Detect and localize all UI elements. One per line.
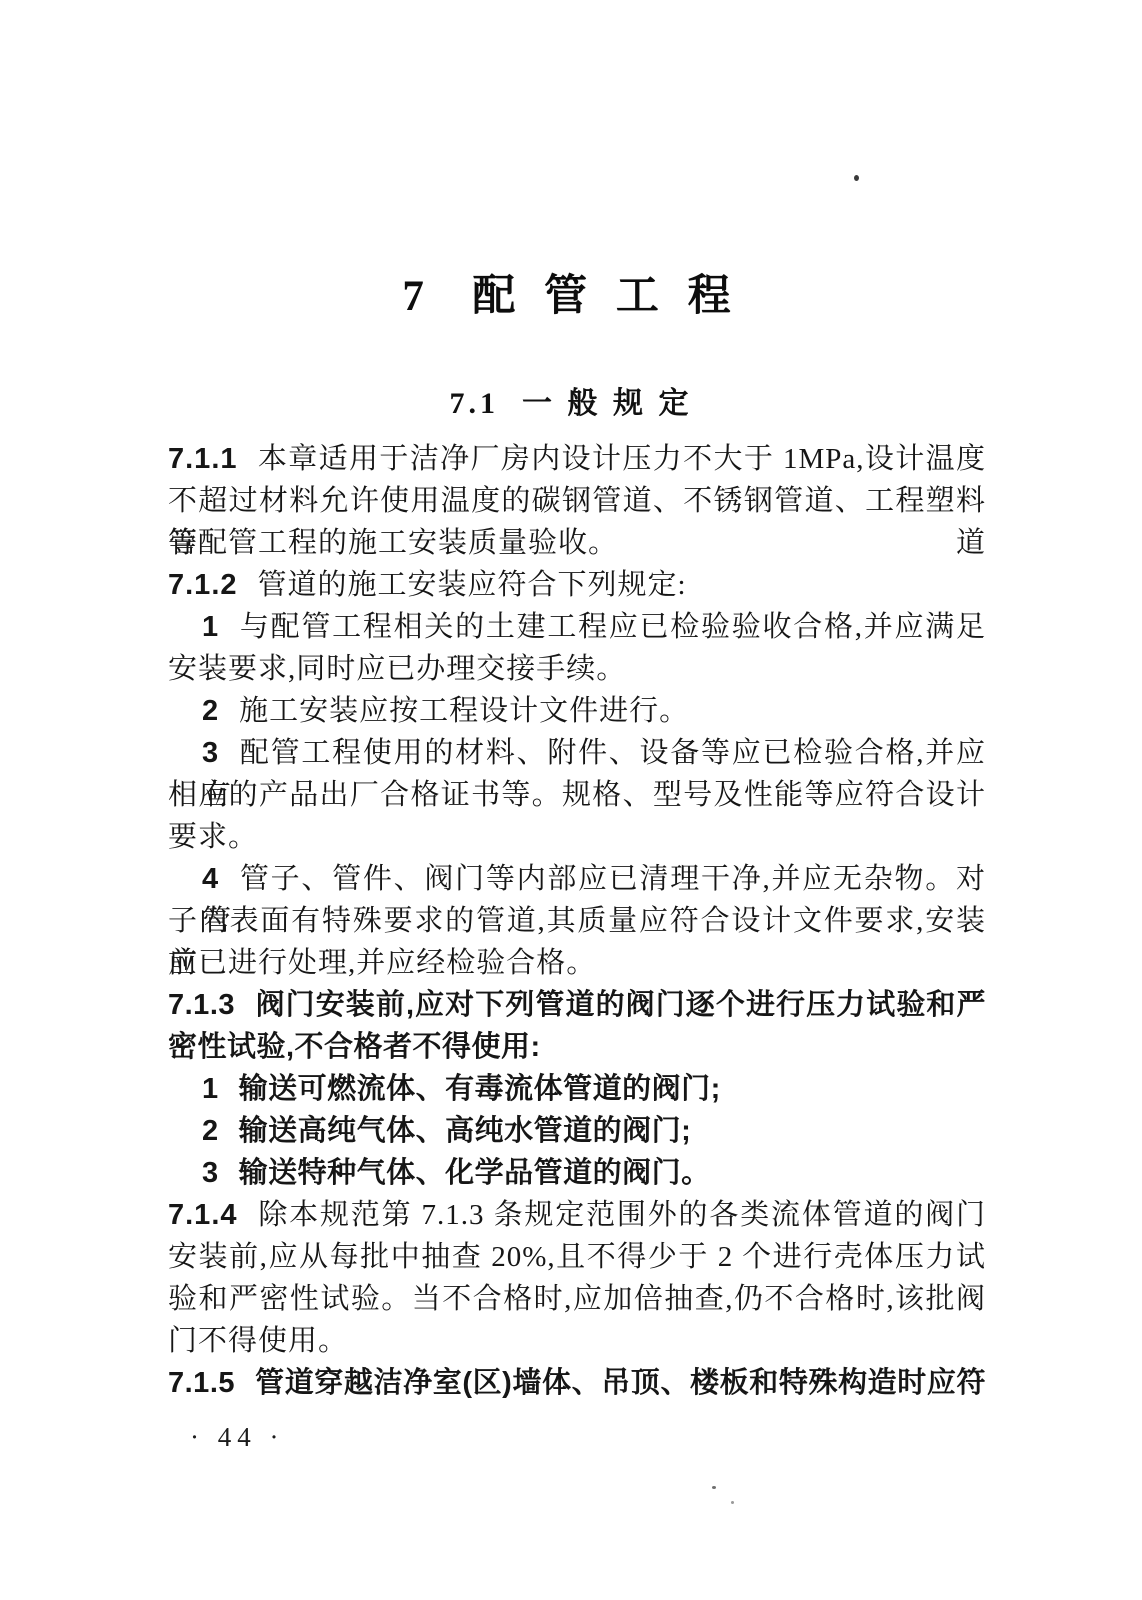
text-line: 2输送高纯气体、高纯水管道的阀门; — [168, 1110, 986, 1152]
line-text: 验和严密性试验。当不合格时,应加倍抽查,仍不合格时,该批阀 — [168, 1283, 986, 1315]
text-line: 7.1.1本章适用于洁净厂房内设计压力不大于 1MPa,设计温度 — [168, 438, 986, 480]
clause-number: 7.1.4 — [168, 1199, 238, 1231]
clause-number: 2 — [202, 1115, 219, 1147]
text-line: 子内表面有特殊要求的管道,其质量应符合设计文件要求,安装前 — [168, 900, 986, 942]
document-page: 7 配 管 工 程 7.1 一 般 规 定 7.1.1本章适用于洁净厂房内设计压… — [0, 0, 1142, 1600]
text-line: 7.1.3阀门安装前,应对下列管道的阀门逐个进行压力试验和严 — [168, 984, 986, 1026]
page-number: · 44 · — [190, 1422, 284, 1453]
line-text: 安装前,应从每批中抽查 20%,且不得少于 2 个进行壳体压力试 — [168, 1241, 986, 1273]
clause-number: 3 — [202, 737, 219, 769]
line-text: 施工安装应按工程设计文件进行。 — [239, 695, 689, 727]
text-line: 4管子、管件、阀门等内部应已清理干净,并应无杂物。对管 — [168, 858, 986, 900]
line-text: 等配管工程的施工安装质量验收。 — [168, 527, 618, 559]
clause-number: 4 — [202, 863, 219, 895]
line-text: 应已进行处理,并应经检验合格。 — [168, 947, 596, 979]
clause-number: 1 — [202, 1073, 219, 1105]
text-line: 安装前,应从每批中抽查 20%,且不得少于 2 个进行壳体压力试 — [168, 1236, 986, 1278]
clause-number: 3 — [202, 1157, 219, 1189]
scan-speck — [731, 1501, 734, 1504]
clause-number: 7.1.3 — [168, 989, 235, 1021]
clause-number: 1 — [202, 611, 219, 643]
text-line: 相应的产品出厂合格证书等。规格、型号及性能等应符合设计 — [168, 774, 986, 816]
line-text: 输送高纯气体、高纯水管道的阀门; — [239, 1115, 692, 1147]
section-title: 7.1 一 般 规 定 — [0, 378, 1142, 422]
line-text: 除本规范第 7.1.3 条规定范围外的各类流体管道的阀门 — [258, 1199, 987, 1231]
line-text: 管道的施工安装应符合下列规定: — [258, 569, 687, 601]
line-text: 密性试验,不合格者不得使用: — [168, 1031, 541, 1063]
line-text: 输送特种气体、化学品管道的阀门。 — [239, 1157, 711, 1189]
clause-number: 7.1.5 — [168, 1367, 235, 1399]
text-line: 7.1.4除本规范第 7.1.3 条规定范围外的各类流体管道的阀门 — [168, 1194, 986, 1236]
line-text: 安装要求,同时应已办理交接手续。 — [168, 653, 626, 685]
text-line: 3配管工程使用的材料、附件、设备等应已检验合格,并应有 — [168, 732, 986, 774]
text-line: 7.1.5管道穿越洁净室(区)墙体、吊顶、楼板和特殊构造时应符 — [168, 1362, 986, 1404]
line-text: 阀门安装前,应对下列管道的阀门逐个进行压力试验和严 — [255, 989, 986, 1021]
text-line: 门不得使用。 — [168, 1320, 986, 1362]
document-body: 7.1.1本章适用于洁净厂房内设计压力不大于 1MPa,设计温度不超过材料允许使… — [168, 438, 986, 1404]
scan-speck — [854, 175, 859, 181]
text-line: 不超过材料允许使用温度的碳钢管道、不锈钢管道、工程塑料管道 — [168, 480, 986, 522]
chapter-title: 7 配 管 工 程 — [0, 262, 1142, 323]
line-text: 管道穿越洁净室(区)墙体、吊顶、楼板和特殊构造时应符 — [255, 1367, 986, 1399]
line-text: 要求。 — [168, 821, 258, 853]
line-text: 本章适用于洁净厂房内设计压力不大于 1MPa,设计温度 — [258, 443, 987, 475]
clause-number: 2 — [202, 695, 219, 727]
clause-number: 7.1.2 — [168, 569, 238, 601]
text-line: 1输送可燃流体、有毒流体管道的阀门; — [168, 1068, 986, 1110]
text-line: 2施工安装应按工程设计文件进行。 — [168, 690, 986, 732]
scan-speck — [712, 1486, 716, 1489]
text-line: 1与配管工程相关的土建工程应已检验验收合格,并应满足 — [168, 606, 986, 648]
text-line: 应已进行处理,并应经检验合格。 — [168, 942, 986, 984]
text-line: 7.1.2管道的施工安装应符合下列规定: — [168, 564, 986, 606]
line-text: 相应的产品出厂合格证书等。规格、型号及性能等应符合设计 — [168, 779, 986, 811]
line-text: 与配管工程相关的土建工程应已检验验收合格,并应满足 — [239, 611, 986, 643]
text-line: 安装要求,同时应已办理交接手续。 — [168, 648, 986, 690]
text-line: 密性试验,不合格者不得使用: — [168, 1026, 986, 1068]
line-text: 输送可燃流体、有毒流体管道的阀门; — [239, 1073, 721, 1105]
text-line: 验和严密性试验。当不合格时,应加倍抽查,仍不合格时,该批阀 — [168, 1278, 986, 1320]
clause-number: 7.1.1 — [168, 443, 238, 475]
line-text: 门不得使用。 — [168, 1325, 348, 1357]
text-line: 要求。 — [168, 816, 986, 858]
text-line: 3输送特种气体、化学品管道的阀门。 — [168, 1152, 986, 1194]
